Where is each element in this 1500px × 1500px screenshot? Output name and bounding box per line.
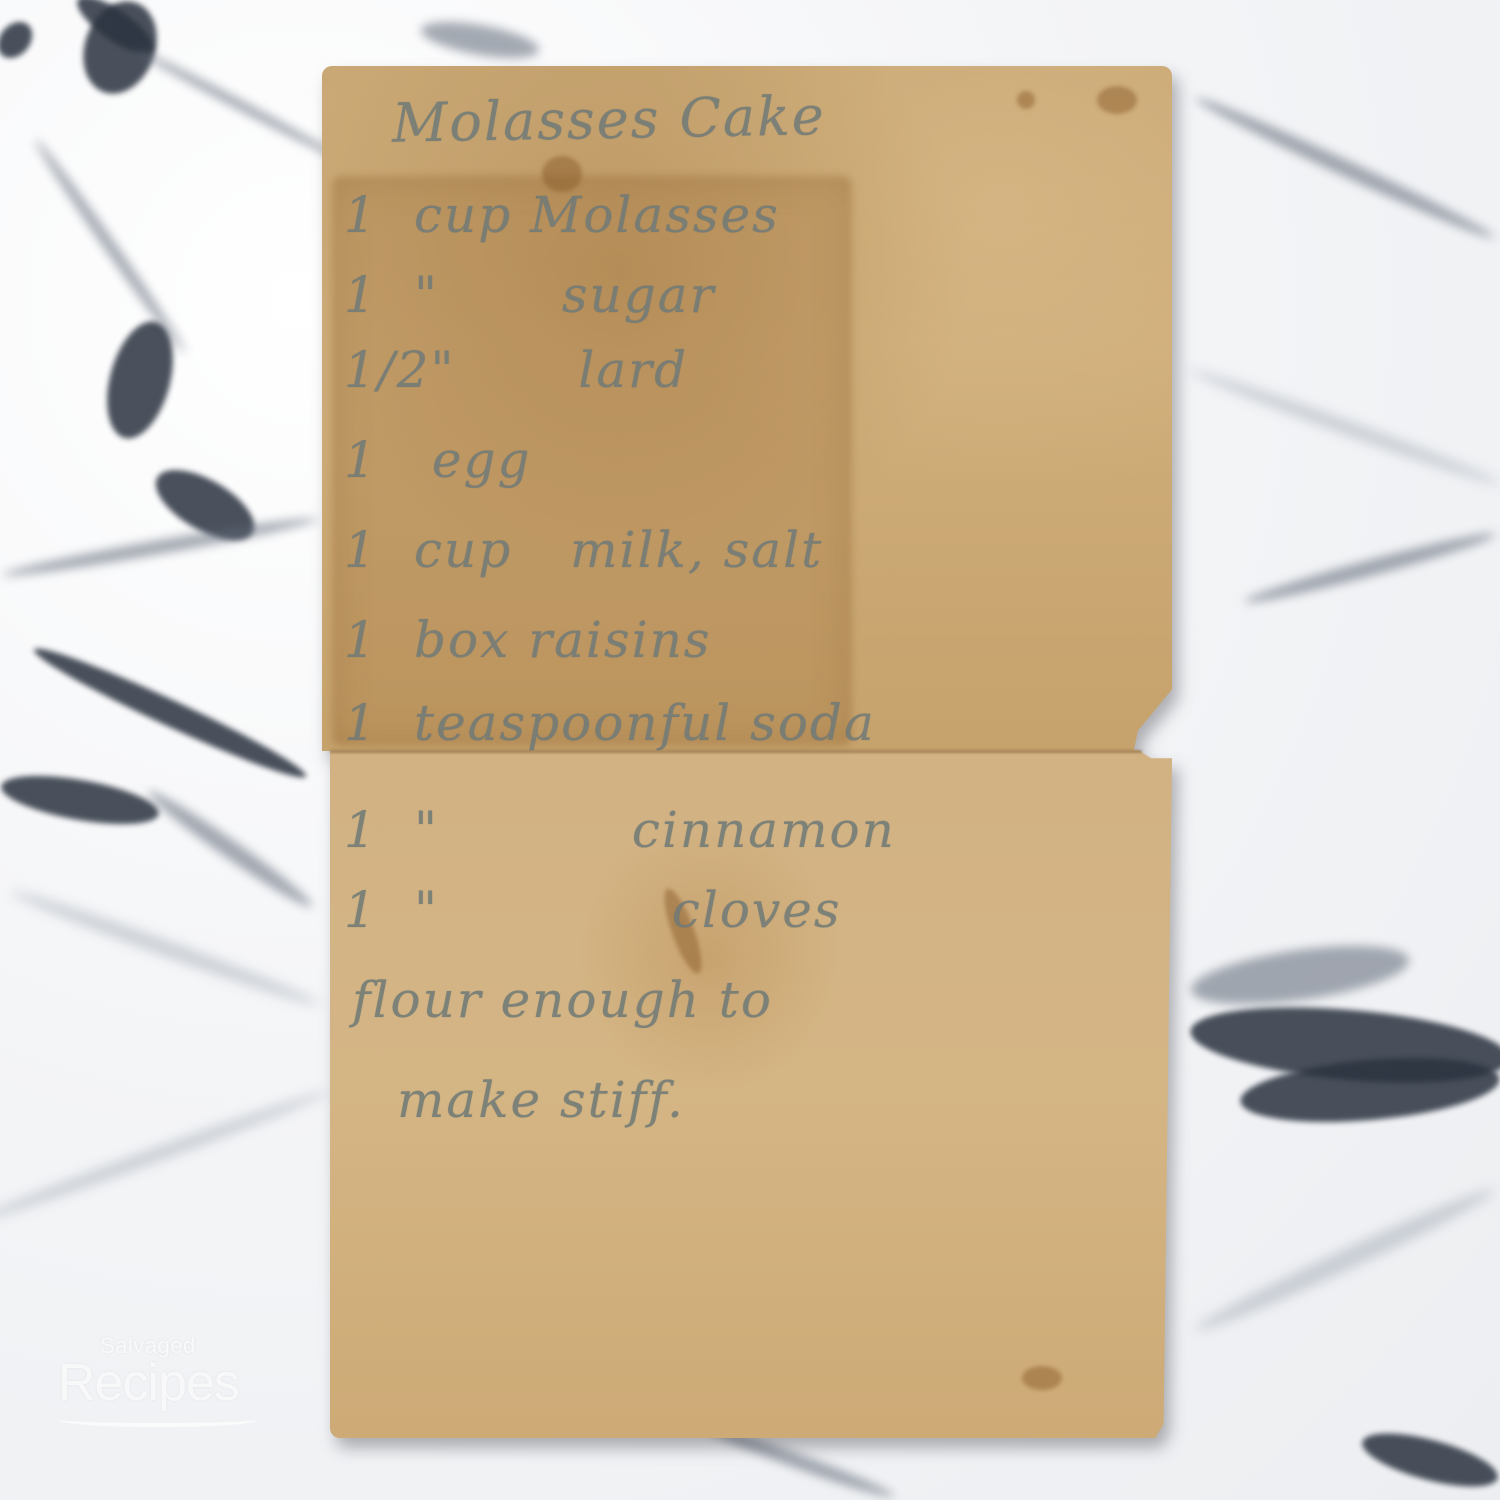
ingredient-qty: 1 bbox=[344, 186, 414, 244]
ditto-mark: " bbox=[430, 341, 560, 399]
instruction-line: make stiff. bbox=[397, 1071, 685, 1129]
marble-vein bbox=[29, 638, 312, 788]
ingredient-line: 1/2" lard bbox=[344, 341, 688, 399]
ingredient-unit: cup bbox=[414, 186, 512, 244]
ingredient-qty: 1 bbox=[344, 266, 414, 324]
ingredient-qty: 1 bbox=[344, 521, 414, 579]
ditto-mark: " bbox=[414, 266, 544, 324]
ingredient-unit: teaspoonful bbox=[414, 694, 732, 752]
marble-vein bbox=[1, 512, 319, 581]
ingredient-item: lard bbox=[578, 341, 688, 399]
ingredient-unit: cup bbox=[414, 521, 512, 579]
ingredient-line: 1box raisins bbox=[344, 611, 711, 669]
marble-vein bbox=[0, 766, 162, 833]
ingredient-item: cinnamon bbox=[632, 801, 896, 859]
watermark-logo: Salvaged Recipes bbox=[58, 1335, 258, 1427]
ingredient-unit: box bbox=[414, 611, 510, 669]
ingredient-qty: 1 bbox=[344, 801, 414, 859]
ingredient-line: 1teaspoonful soda bbox=[344, 694, 876, 752]
ingredient-qty: 1 bbox=[344, 881, 414, 939]
ingredient-qty: 1 bbox=[344, 694, 414, 752]
ingredient-qty: 1/2 bbox=[344, 341, 430, 399]
instruction-line: flour enough to bbox=[352, 971, 773, 1029]
marble-vein bbox=[132, 44, 349, 166]
marble-vein bbox=[1242, 527, 1497, 610]
ingredient-item: raisins bbox=[528, 611, 711, 669]
recipe-title: Molasses Cake bbox=[391, 84, 826, 155]
ingredient-item: cloves bbox=[672, 881, 842, 939]
ingredient-item: sugar bbox=[562, 266, 716, 324]
ingredient-line: 1cup milk, salt bbox=[344, 521, 823, 579]
marble-vein bbox=[1192, 91, 1498, 245]
ditto-mark: " bbox=[414, 881, 544, 939]
ingredient-item: milk, salt bbox=[570, 521, 823, 579]
marble-vein bbox=[1357, 1423, 1500, 1498]
marble-vein bbox=[1188, 364, 1500, 490]
ingredient-qty: 1 bbox=[344, 431, 414, 489]
marble-vein bbox=[143, 784, 317, 913]
ingredient-line: 1 egg bbox=[344, 431, 532, 489]
ingredient-line: 1cup Molasses bbox=[344, 186, 780, 244]
marble-background: Molasses Cake 1cup Molasses 1" sugar 1/2… bbox=[0, 0, 1500, 1500]
ingredient-line: 1" cloves bbox=[344, 881, 842, 939]
ingredient-qty: 1 bbox=[344, 611, 414, 669]
watermark-line2: Recipes bbox=[58, 1357, 258, 1409]
recipe-card: Molasses Cake 1cup Molasses 1" sugar 1/2… bbox=[322, 66, 1174, 1438]
ingredient-item: Molasses bbox=[530, 186, 780, 244]
ingredient-line: 1" sugar bbox=[344, 266, 716, 324]
marble-vein bbox=[418, 15, 541, 65]
watermark-swoosh bbox=[58, 1413, 258, 1427]
marble-vein bbox=[1191, 1181, 1499, 1339]
marble-vein bbox=[7, 884, 323, 1012]
marble-vein bbox=[0, 1085, 331, 1228]
handwritten-recipe: Molasses Cake 1cup Molasses 1" sugar 1/2… bbox=[322, 66, 1174, 1438]
marble-vein bbox=[0, 15, 39, 65]
marble-vein bbox=[31, 136, 190, 356]
ingredient-line: 1" cinnamon bbox=[344, 801, 896, 859]
ingredient-item: egg bbox=[432, 431, 532, 489]
marble-vein bbox=[1188, 935, 1413, 1015]
ditto-mark: " bbox=[414, 801, 544, 859]
ingredient-item: soda bbox=[750, 694, 876, 752]
